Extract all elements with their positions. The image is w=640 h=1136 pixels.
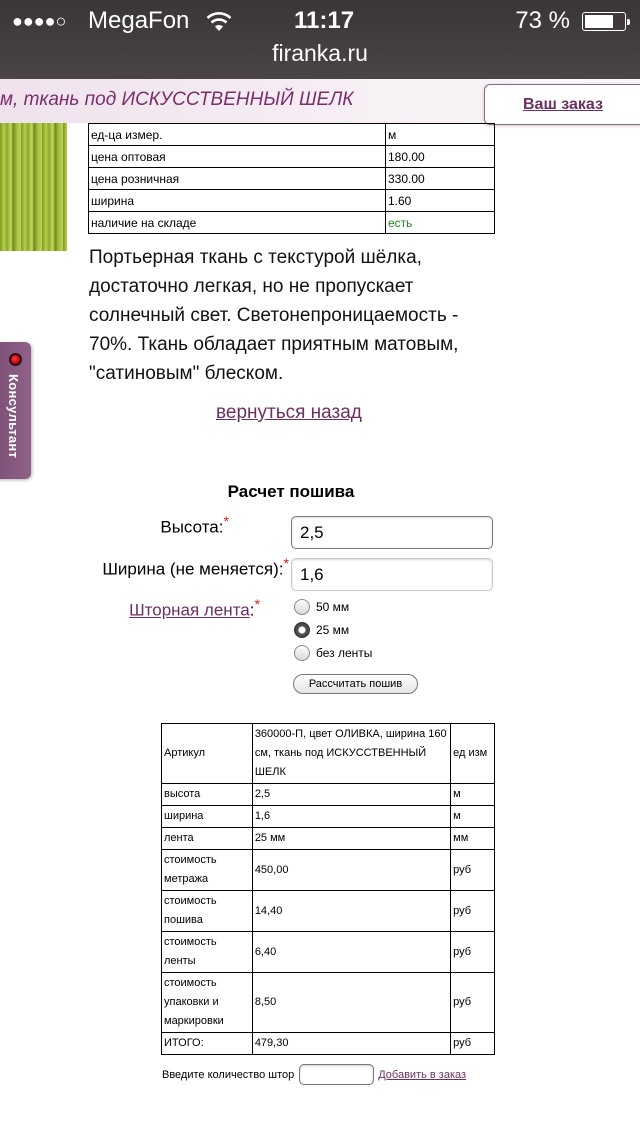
width-label-text: Ширина (не меняется): (102, 560, 283, 579)
go-back-link[interactable]: вернуться назад (216, 402, 362, 424)
header-unit: ед изм (451, 724, 495, 784)
table-row: ИТОГО:479,30руб (162, 1033, 495, 1055)
battery-fill (585, 15, 613, 28)
consultant-tab[interactable]: Консультант (0, 342, 31, 479)
row-label: ИТОГО: (162, 1033, 253, 1055)
your-order-button[interactable]: Ваш заказ (484, 84, 640, 125)
calc-title: Расчет пошива (0, 482, 582, 502)
row-label: лента (162, 828, 253, 850)
required-mark: * (223, 514, 229, 530)
curtain-tape-link[interactable]: Шторная лента (129, 601, 250, 620)
spec-value: м (386, 124, 495, 146)
row-unit: руб (451, 973, 495, 1033)
product-title: м, ткань под ИСКУССТВЕННЫЙ ШЕЛК (0, 89, 353, 111)
required-mark: * (283, 556, 289, 572)
spec-value: 330.00 (386, 168, 495, 190)
spec-row: цена оптовая180.00 (89, 146, 495, 168)
product-description: Портьерная ткань с текстурой шёлка, дост… (89, 243, 489, 388)
spec-row: ед-ца измер.м (89, 124, 495, 146)
spec-value: 180.00 (386, 146, 495, 168)
height-label-text: Высота: (160, 518, 223, 537)
row-unit: руб (451, 932, 495, 973)
row-value: 450,00 (252, 850, 450, 891)
table-row: стоимость пошива14,40руб (162, 891, 495, 932)
spec-row: ширина1.60 (89, 190, 495, 212)
tape-option-label: без ленты (316, 646, 372, 660)
table-row: лента25 мммм (162, 828, 495, 850)
battery-nub (627, 19, 630, 25)
row-value: 8,50 (252, 973, 450, 1033)
tape-option-label: 25 мм (316, 623, 349, 637)
row-value: 1,6 (252, 806, 450, 828)
spec-row: наличие на складеесть (89, 212, 495, 234)
calculate-sewing-button[interactable]: Рассчитать пошив (293, 674, 418, 694)
quantity-input[interactable] (299, 1064, 374, 1085)
row-label: высота (162, 784, 253, 806)
spec-key: наличие на складе (89, 212, 386, 234)
order-quantity-row: Введите количество штор Добавить в заказ (162, 1064, 466, 1085)
row-label: стоимость метража (162, 850, 253, 891)
table-header-row: Артикул 360000-П, цвет ОЛИВКА, ширина 16… (162, 724, 495, 784)
tape-option-label: 50 мм (316, 600, 349, 614)
tape-option-25mm[interactable]: 25 мм (294, 622, 349, 638)
spec-key: ширина (89, 190, 386, 212)
width-label: Ширина (не меняется):* (60, 556, 289, 580)
carrier-name: MegaFon (88, 6, 189, 36)
table-row: стоимость упаковки и маркировки8,50руб (162, 973, 495, 1033)
row-value: 479,30 (252, 1033, 450, 1055)
product-spec-table: ед-ца измер.мцена оптовая180.00цена розн… (88, 123, 495, 234)
calc-result-table: Артикул 360000-П, цвет ОЛИВКА, ширина 16… (161, 723, 495, 1055)
status-bar: ●●●●○ MegaFon 11:17 73 % (12, 6, 630, 36)
spec-key: цена оптовая (89, 146, 386, 168)
quantity-label: Введите количество штор (162, 1069, 294, 1081)
width-input[interactable] (291, 558, 493, 591)
row-label: ширина (162, 806, 253, 828)
clock: 11:17 (294, 6, 354, 36)
height-input[interactable] (291, 516, 493, 549)
online-dot-icon (9, 353, 22, 366)
curtain-tape-label: Шторная лента:* (110, 597, 260, 621)
row-unit: руб (451, 1033, 495, 1055)
radio-button[interactable] (294, 599, 310, 615)
row-unit: мм (451, 828, 495, 850)
product-image[interactable] (0, 123, 67, 251)
required-mark: * (254, 597, 260, 613)
spec-value: 1.60 (386, 190, 495, 212)
row-label: стоимость упаковки и маркировки (162, 973, 253, 1033)
header-article: Артикул (162, 724, 253, 784)
height-label: Высота:* (100, 514, 229, 538)
address-bar[interactable]: firanka.ru (0, 40, 640, 67)
spec-value: есть (386, 212, 495, 234)
table-row: ширина1,6м (162, 806, 495, 828)
your-order-label: Ваш заказ (523, 96, 603, 114)
row-unit: руб (451, 891, 495, 932)
consultant-label: Консультант (6, 374, 21, 458)
tape-option-50mm[interactable]: 50 мм (294, 599, 349, 615)
radio-button[interactable] (294, 622, 310, 638)
battery-percent: 73 % (515, 6, 570, 36)
battery-icon (582, 12, 626, 31)
row-label: стоимость ленты (162, 932, 253, 973)
table-row: стоимость метража450,00руб (162, 850, 495, 891)
row-value: 14,40 (252, 891, 450, 932)
browser-chrome: ●●●●○ MegaFon 11:17 73 % firanka.ru (0, 0, 640, 79)
row-unit: м (451, 806, 495, 828)
table-row: высота2,5м (162, 784, 495, 806)
radio-button[interactable] (294, 645, 310, 661)
table-row: стоимость ленты6,40руб (162, 932, 495, 973)
row-value: 25 мм (252, 828, 450, 850)
row-unit: руб (451, 850, 495, 891)
row-unit: м (451, 784, 495, 806)
row-label: стоимость пошива (162, 891, 253, 932)
signal-strength-icon: ●●●●○ (12, 6, 66, 36)
header-article-value: 360000-П, цвет ОЛИВКА, ширина 160 см, тк… (252, 724, 450, 784)
wifi-icon (204, 9, 234, 33)
spec-key: цена розничная (89, 168, 386, 190)
tape-option-none[interactable]: без ленты (294, 645, 372, 661)
spec-key: ед-ца измер. (89, 124, 386, 146)
row-value: 6,40 (252, 932, 450, 973)
spec-row: цена розничная330.00 (89, 168, 495, 190)
row-value: 2,5 (252, 784, 450, 806)
add-to-order-link[interactable]: Добавить в заказ (378, 1069, 466, 1081)
